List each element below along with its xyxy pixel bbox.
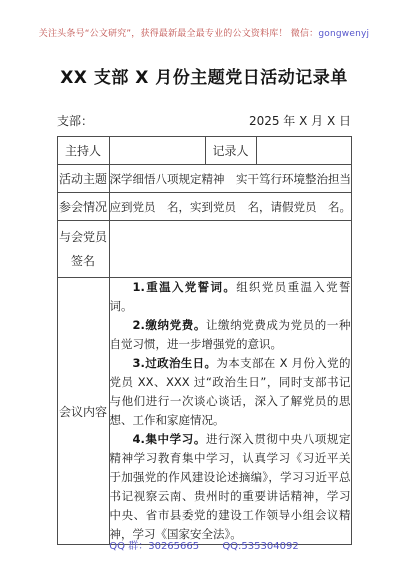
branch-label: 支部：: [57, 112, 93, 129]
table-row-attendance: 参会情况 应到党员 名，实到党员 名，请假党员 名。: [57, 193, 351, 221]
signature-label: 与会党员 签名: [57, 221, 109, 278]
content-item-3: 3.过政治生日。为本支部在 X 月份入党的党员 XX、XXX 过“政治生日”，同…: [110, 354, 351, 430]
content-item-4: 4.集中学习。进行深入贯彻中央八项规定精神学习教育集中学习，认真学习《习近平关于…: [110, 430, 351, 544]
table-row-signature: 与会党员 签名: [57, 221, 351, 278]
table-row-theme: 活动主题 深学细悟八项规定精神 实干笃行环境整治担当: [57, 165, 351, 193]
date-value: 2025 年 X 月 X 日: [249, 112, 351, 129]
document-page: 关注头条号“公文研究”，获得最新最全最专业的公文资料库！ 微信：gongweny…: [0, 0, 408, 580]
signature-label-line1: 与会党员: [58, 225, 109, 249]
content-item-4-body: 进行深入贯彻中央八项规定精神学习教育集中学习，认真学习《习近平关于加强党的作风建…: [110, 432, 351, 541]
recorder-value-cell: [256, 137, 351, 165]
recorder-label: 记录人: [205, 137, 256, 165]
signature-label-line2: 签名: [58, 249, 109, 273]
content-item-4-heading: 4.集中学习。: [133, 432, 206, 446]
attendance-value: 应到党员 名，实到党员 名，请假党员 名。: [109, 193, 351, 221]
content-item-1: 1.重温入党誓词。组织党员重温入党誓词。: [110, 278, 351, 316]
theme-label: 活动主题: [57, 165, 109, 193]
content-item-1-heading: 1.重温入党誓词。: [133, 280, 237, 294]
content-cell: 1.重温入党誓词。组织党员重温入党誓词。 2.缴纳党费。让缴纳党费成为党员的一种…: [109, 278, 351, 545]
record-table: 主持人 记录人 活动主题 深学细悟八项规定精神 实干笃行环境整治担当 参会情况 …: [57, 136, 352, 545]
content-item-3-heading: 3.过政治生日。: [133, 356, 217, 370]
qq-group-text: QQ 群：30265665: [109, 541, 199, 552]
promo-footer: QQ 群：30265665 QQ:535304092: [0, 537, 408, 552]
host-value-cell: [109, 137, 205, 165]
qq-text: QQ:535304092: [222, 541, 298, 552]
promo-text: 关注头条号“公文研究”，获得最新最全最专业的公文资料库！ 微信：: [39, 29, 319, 39]
content-label: 会议内容: [57, 278, 109, 545]
table-row-host-recorder: 主持人 记录人: [57, 137, 351, 165]
table-row-content: 会议内容 1.重温入党誓词。组织党员重温入党誓词。 2.缴纳党费。让缴纳党费成为…: [57, 278, 351, 545]
host-label: 主持人: [57, 137, 109, 165]
content-item-2: 2.缴纳党费。让缴纳党费成为党员的一种自觉习惯，进一步增强党的意识。: [110, 316, 351, 354]
attendance-label: 参会情况: [57, 193, 109, 221]
theme-value: 深学细悟八项规定精神 实干笃行环境整治担当: [109, 165, 351, 193]
page-title: XX 支部 X 月份主题党日活动记录单: [0, 63, 408, 88]
promo-header: 关注头条号“公文研究”，获得最新最全最专业的公文资料库！ 微信：gongweny…: [0, 0, 408, 39]
content-item-2-heading: 2.缴纳党费。: [133, 318, 206, 332]
signature-value-cell: [109, 221, 351, 278]
promo-wechat-id: gongwenyj: [318, 29, 369, 39]
meta-row: 支部： 2025 年 X 月 X 日: [57, 112, 351, 129]
